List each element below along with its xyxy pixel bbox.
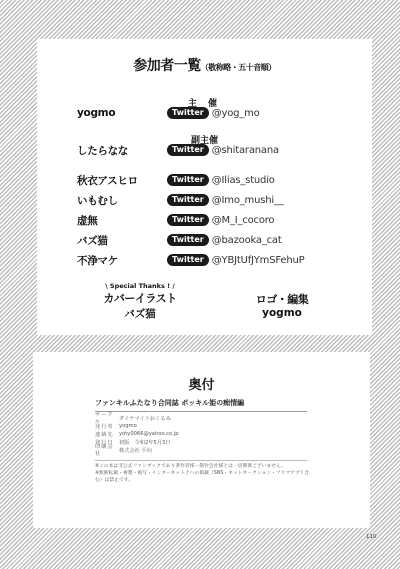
book-title: ファンキルふたなり合同誌 ボッキル姫の痴情編 <box>95 398 307 412</box>
info-row: 連絡先 yoty0066@yahoo.co.jp <box>95 430 179 438</box>
info-key: 発行者 <box>95 423 119 430</box>
colophon-panel: 奥付 ファンキルふたなり合同誌 ボッキル姫の痴情編 サークル ダイナマイトおくる… <box>33 352 370 528</box>
info-row: サークル ダイナマイトおくるみ <box>95 414 179 422</box>
logo-credit: ロゴ・編集 yogmo <box>227 291 337 319</box>
twitter-badge: Twitter <box>167 107 209 119</box>
info-value: ダイナマイトおくるみ <box>119 415 171 422</box>
info-key: 連絡先 <box>95 431 119 438</box>
title-sub: （敬称略・五十音順） <box>201 63 276 72</box>
twitter-handle[interactable]: @YBJtUfJYmSFehuP <box>212 255 305 266</box>
contact-email[interactable]: yoty0066@yahoo.co.jp <box>119 431 179 437</box>
twitter-handle[interactable]: @bazooka_cat <box>212 235 282 246</box>
notes: ※この本は非公式ファンブックであり著作者様・制作会社様とは一切関係ございません。… <box>95 463 310 484</box>
participant-row: いもむし Twitter @Imo_mushi__ <box>77 193 284 207</box>
participant-row: したらなな Twitter @shitaranana <box>77 143 279 157</box>
twitter-badge: Twitter <box>167 214 209 226</box>
participant-row: yogmo Twitter @yog_mo <box>77 106 260 120</box>
participant-row: バズ猫 Twitter @bazooka_cat <box>77 233 282 247</box>
title-main: 参加者一覧 <box>133 58 201 74</box>
cover-name: バズ猫 <box>85 306 195 321</box>
participant-name: yogmo <box>77 107 167 119</box>
twitter-handle[interactable]: @Imo_mushi__ <box>212 195 284 206</box>
info-row: 発行者 yogmo <box>95 422 179 430</box>
twitter-handle[interactable]: @shitaranana <box>212 145 279 156</box>
cover-credit: \ Special Thanks ! / カバーイラスト バズ猫 <box>85 282 195 321</box>
page-title: 参加者一覧（敬称略・五十音順） <box>37 55 372 75</box>
twitter-badge: Twitter <box>167 144 209 156</box>
twitter-handle[interactable]: @M_I_cocoro <box>212 215 275 226</box>
info-value: 株式会社 平向 <box>119 447 152 454</box>
info-value: yogmo <box>119 423 137 429</box>
special-thanks-label: \ Special Thanks ! / <box>85 282 195 290</box>
colophon-info: サークル ダイナマイトおくるみ 発行者 yogmo 連絡先 yoty0066@y… <box>95 414 179 454</box>
divider <box>95 460 307 461</box>
colophon-title: 奥付 <box>33 374 370 393</box>
participant-name: 虚無 <box>77 213 167 228</box>
info-value: 初版 令和2年5月3日 <box>119 439 170 446</box>
twitter-badge: Twitter <box>167 174 209 186</box>
info-key: 印刷会社 <box>95 443 119 457</box>
participant-name: バズ猫 <box>77 233 167 248</box>
page-number: 110 <box>366 534 377 540</box>
twitter-badge: Twitter <box>167 254 209 266</box>
participant-name: 秋衣アスヒロ <box>77 173 167 188</box>
info-row: 印刷会社 株式会社 平向 <box>95 446 179 454</box>
note: ※無断転載・複製・複写・インターネット上への掲載（SNS・ネットオークション・フ… <box>95 470 310 484</box>
twitter-badge: Twitter <box>167 234 209 246</box>
twitter-handle[interactable]: @yog_mo <box>212 108 260 119</box>
twitter-handle[interactable]: @Ilias_studio <box>212 175 275 186</box>
credits-panel: 参加者一覧（敬称略・五十音順） 主 催 yogmo Twitter @yog_m… <box>37 39 372 335</box>
participant-name: 不浄マケ <box>77 253 167 268</box>
cover-role: カバーイラスト <box>85 290 195 306</box>
twitter-badge: Twitter <box>167 194 209 206</box>
participant-name: いもむし <box>77 193 167 208</box>
participant-name: したらなな <box>77 143 167 158</box>
note: ※この本は非公式ファンブックであり著作者様・制作会社様とは一切関係ございません。 <box>95 463 310 470</box>
participant-row: 虚無 Twitter @M_I_cocoro <box>77 213 274 227</box>
logo-name: yogmo <box>227 307 337 319</box>
participant-row: 秋衣アスヒロ Twitter @Ilias_studio <box>77 173 275 187</box>
logo-role: ロゴ・編集 <box>227 291 337 307</box>
participant-row: 不浄マケ Twitter @YBJtUfJYmSFehuP <box>77 253 304 267</box>
